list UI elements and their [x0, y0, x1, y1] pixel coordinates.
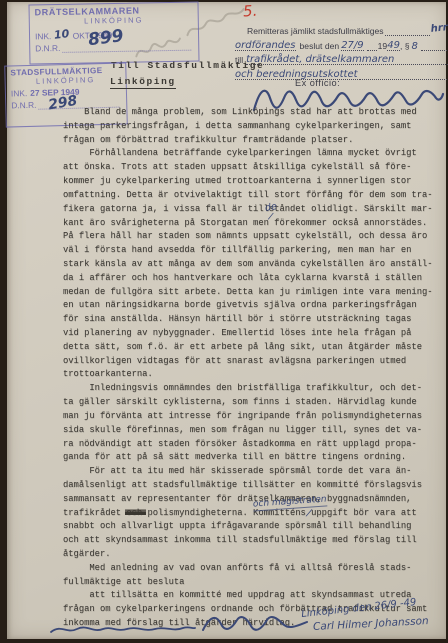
body-line: man ju förvänta att intresse för ingripa… [63, 410, 445, 424]
strikethrough-mark-och [125, 512, 146, 515]
body-line: Med anledning av vad ovan anförts få vi … [63, 562, 445, 576]
body-line: en utan näringsidkarna borde givetvis sj… [63, 299, 445, 313]
body-line: intaga parkeringsfrågan, i detta sammanh… [63, 120, 445, 134]
body-line: detta sätt, som f.ö. är ett arbete på lå… [63, 341, 445, 355]
remit-handwritten-date: 27/9 [341, 41, 363, 51]
remit-handwritten-year: 49 [387, 41, 400, 51]
body-line: damålsenligt att stadsfullmäktige tillsä… [63, 479, 445, 493]
remit-printed-1: Remitteras jämlikt stadsfullmäktiges [247, 26, 384, 36]
salutation: Till Stadsfullmäktige [111, 60, 264, 71]
stamp-day-handwritten: 10 [54, 27, 71, 42]
dotted-line [385, 27, 430, 36]
body-line: På flera håll har staden som nämnts upps… [63, 230, 445, 244]
remit-handwritten-hrr: hrr [430, 24, 448, 35]
remit-handwritten-recipients-1: trafikrådet, drätselkammaren [246, 55, 448, 65]
stamp-dratselkammaren: DRÄTSELKAMMAREN LINKÖPING INK. 10 OKT. 1… [28, 2, 199, 65]
body-line: frågan om förbättrad trafikkultur framtr… [63, 134, 445, 148]
body-line: vid planering av nybyggnader. Emellertid… [63, 327, 445, 341]
body-line: att önska. Trots att staden uppsatt åtsk… [63, 161, 445, 175]
body-line: omfattning. Detta är otvivelaktigt till … [63, 189, 445, 203]
signature-2 [199, 610, 311, 636]
stamp-dnr-label: D.N.R. [11, 100, 36, 111]
remit-printed-2a: beslut den [300, 41, 340, 51]
stamp-dnr-label: D.N.R. [35, 43, 60, 53]
body-line: fullmäktige att besluta [63, 576, 445, 590]
body-line: Förhållandena beträffande cykelparkering… [63, 147, 445, 161]
body-line: snabbt och allvarligt uppta ifrågavarand… [63, 520, 445, 534]
remit-printed-2c: , § [400, 41, 410, 51]
remit-printed-2b: 19 [378, 41, 388, 51]
body-line: fikera gatorna ja, i vissa fall är tills… [63, 203, 445, 217]
body-line: åtgärder. [63, 548, 445, 562]
document-paper: DRÄTSELKAMMAREN LINKÖPING INK. 10 OKT. 1… [7, 2, 446, 639]
scanned-letter-1949: { "stamps": { "s1": {"org": "DRÄTSELKAMM… [0, 0, 448, 643]
stamp-dnr-number: 899 [87, 26, 125, 50]
typed-body: Bland de många problem, som Linköpings s… [63, 106, 445, 631]
place-heading: Linköping [110, 76, 176, 89]
body-line: För att ta itu med här skisserade spörsm… [63, 465, 445, 479]
body-line: kommer ju cykelparkering utmed trottoark… [63, 175, 445, 189]
body-line: för sina anställda. Hänsyn härtill bör i… [63, 313, 445, 327]
body-line: medan de fullgöra sitt arbete. Detta kan… [63, 286, 445, 300]
body-line: da i affärer och hos hantverkare och låt… [63, 272, 445, 286]
body-line: och att skyndsammast inkomma till stadsf… [63, 534, 445, 548]
body-line: Inledningsvis omnämndes den bristfälliga… [63, 382, 445, 396]
body-line: sida skulle förefinnas, men som frågan n… [63, 424, 445, 438]
body-line: väl i första hand avsedda för tillfällig… [63, 244, 445, 258]
stamp-ink-label: INK. [35, 31, 51, 41]
body-line: stark känsla av att många av dem som anv… [63, 258, 445, 272]
body-line: ra nödvändigt att staden försöker åstadk… [63, 438, 445, 452]
body-line: ganda för att på så sätt medverka till e… [63, 451, 445, 465]
body-line: ovillkorligen vidtagas för att snarast a… [63, 355, 445, 369]
body-line: Bland de många problem, som Linköpings s… [63, 106, 445, 120]
signature-1 [47, 620, 197, 638]
body-line: ta gäller särskilt cyklisterna, som finn… [63, 396, 445, 410]
remit-handwritten-paragraph: 8 [412, 42, 418, 51]
remittance-note: Remitteras jämlikt stadsfullmäktiges hrr… [235, 22, 448, 80]
dotted-line [62, 43, 191, 53]
dotted-line [367, 42, 377, 51]
body-line: kant äro svårigheterna på Storgatan men … [63, 217, 445, 231]
stamp-ink-label: INK. [11, 88, 28, 98]
dotted-line [359, 71, 447, 80]
body-line: trottoarkanterna. [63, 368, 445, 382]
case-number-red: 5. [242, 2, 258, 21]
remit-handwritten-ordforandes: ordförandes [235, 41, 296, 51]
dotted-line [421, 42, 447, 51]
